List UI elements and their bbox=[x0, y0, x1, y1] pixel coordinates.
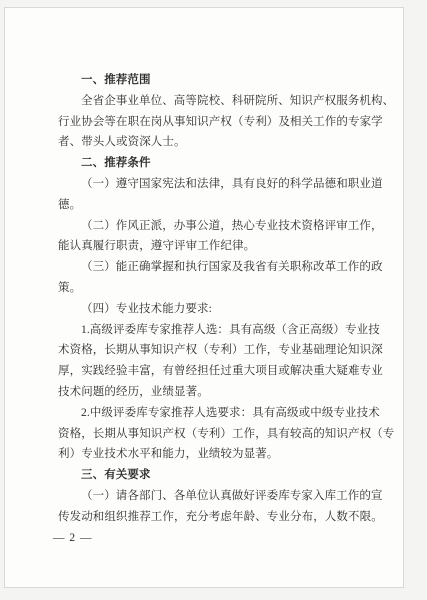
text-line: 资格，长期从事知识产权（专利）工作，具有较高的知识产权（专 bbox=[58, 424, 393, 445]
text-line: 能认真履行职责，遵守评审工作纪律。 bbox=[58, 236, 393, 257]
text-line: 利）专业技术水平和能力，业绩较为显著。 bbox=[58, 444, 393, 465]
text-line: （一）请各部门、各单位认真做好评委库专家入库工作的宣 bbox=[58, 486, 393, 507]
text-line: 策。 bbox=[58, 278, 393, 299]
text-line: （二）作风正派，办事公道，热心专业技术资格评审工作， bbox=[58, 216, 393, 237]
document-page: 一、推荐范围全省企事业单位、高等院校、科研院所、知识产权服务机构、行业协会等在职… bbox=[4, 7, 404, 588]
text-line: 传发动和组织推荐工作，充分考虑年龄、专业分布，人数不限。 bbox=[58, 507, 393, 528]
text-line: （三）能正确掌握和执行国家及我省有关职称改革工作的政 bbox=[58, 257, 393, 278]
document-lines: 一、推荐范围全省企事业单位、高等院校、科研院所、知识产权服务机构、行业协会等在职… bbox=[58, 70, 393, 528]
text-line: （四）专业技术能力要求: bbox=[58, 299, 393, 320]
text-line: 者、带头人或资深人士。 bbox=[58, 132, 393, 153]
text-line: 全省企事业单位、高等院校、科研院所、知识产权服务机构、 bbox=[58, 91, 393, 112]
section-heading: 一、推荐范围 bbox=[58, 70, 393, 91]
text-line: 厚，实践经验丰富，有曾经担任过重大项目或解决重大疑难专业 bbox=[58, 361, 393, 382]
document-body: 一、推荐范围全省企事业单位、高等院校、科研院所、知识产权服务机构、行业协会等在职… bbox=[58, 70, 393, 548]
section-heading: 三、有关要求 bbox=[58, 465, 393, 486]
section-heading: 二、推荐条件 bbox=[58, 153, 393, 174]
page-number: — 2 — bbox=[53, 528, 393, 549]
text-line: 术资格，长期从事知识产权（专利）工作，专业基础理论知识深 bbox=[58, 340, 393, 361]
text-line: 2.中级评委库专家推荐人选要求：具有高级或中级专业技术 bbox=[58, 403, 393, 424]
text-line: 行业协会等在职在岗从事知识产权（专利）及相关工作的专家学 bbox=[58, 112, 393, 133]
text-line: 德。 bbox=[58, 195, 393, 216]
text-line: 1.高级评委库专家推荐人选：具有高级（含正高级）专业技 bbox=[58, 320, 393, 341]
text-line: （一）遵守国家宪法和法律，具有良好的科学品德和职业道 bbox=[58, 174, 393, 195]
text-line: 技术问题的经历，业绩显著。 bbox=[58, 382, 393, 403]
